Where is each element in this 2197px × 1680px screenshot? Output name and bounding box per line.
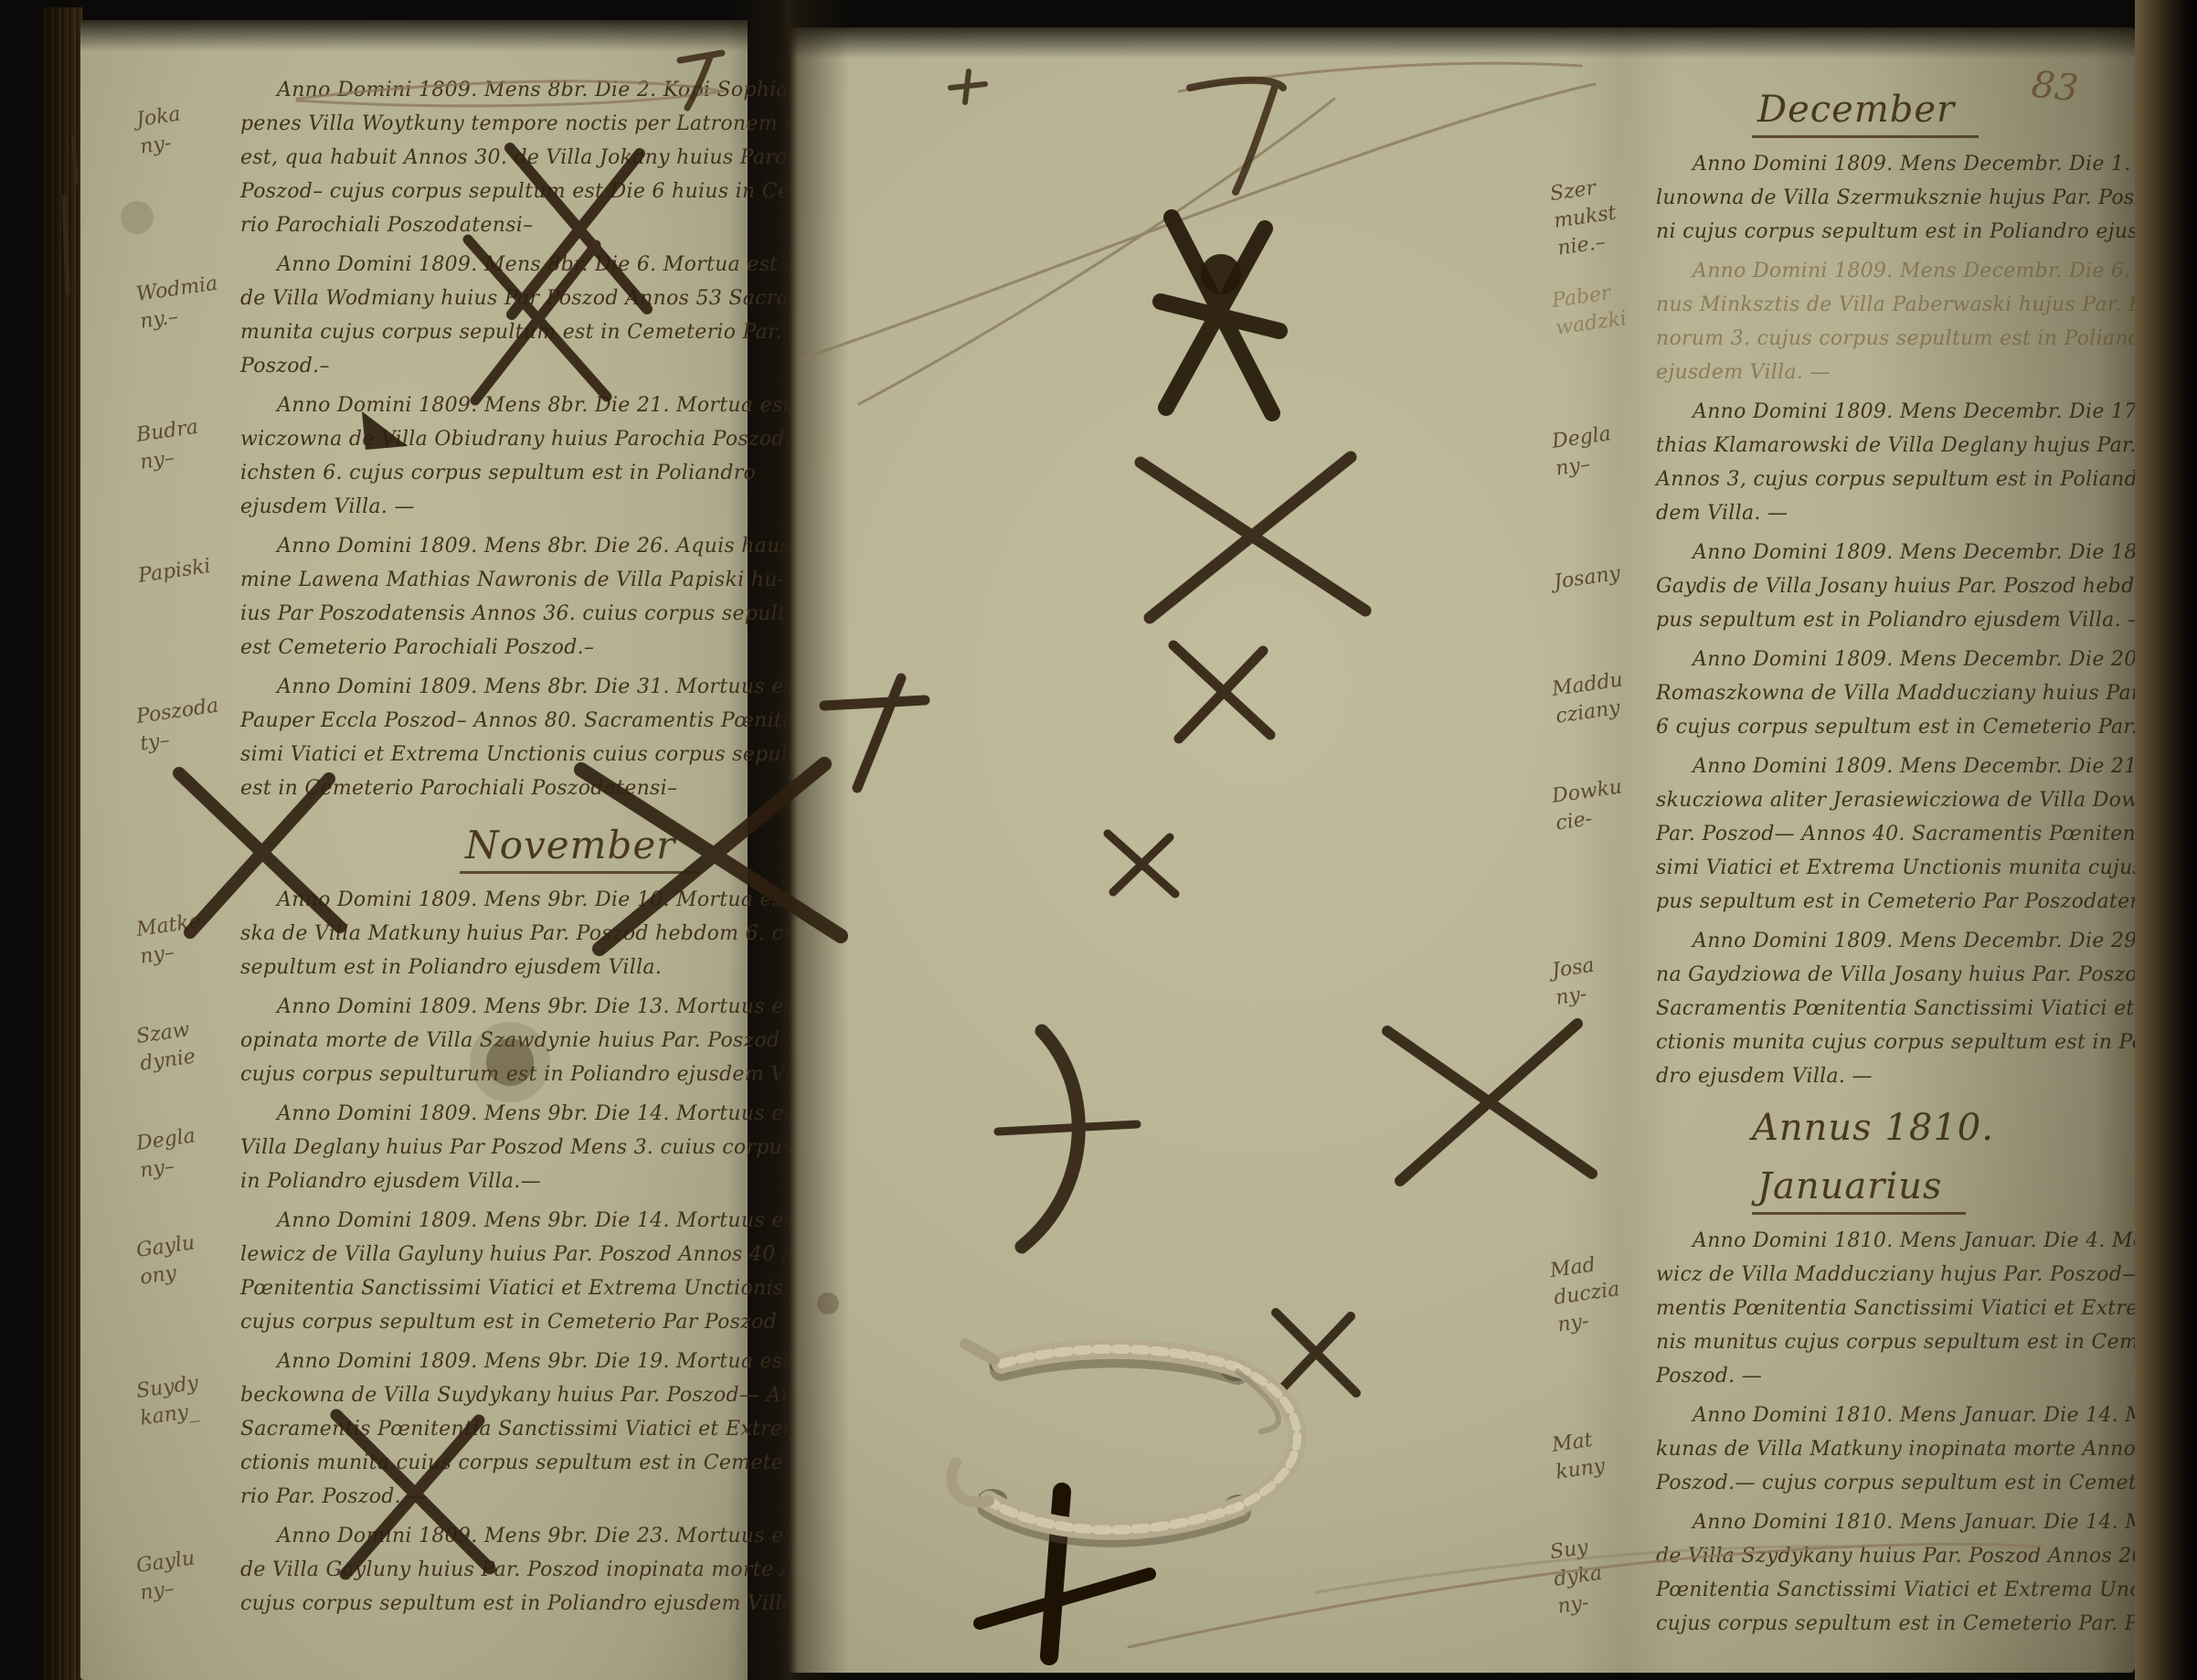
margin-note: Suydykany-	[1548, 1526, 1650, 1621]
entry-line: Anno Domini 1809. Mens Decembr. Die 20. …	[1656, 643, 2197, 676]
page-number: 83	[2030, 63, 2080, 110]
entry-line: nus Minksztis de Villa Paberwaski hujus …	[1656, 288, 2197, 322]
entry-line: Annos 3, cujus corpus sepultum est in Po…	[1656, 463, 2197, 496]
register-entry: Budrany–Anno Domini 1809. Mens 8br. Die …	[240, 388, 825, 524]
entry-line: sepultum est in Poliandro ejusdem Villa.	[240, 951, 825, 984]
register-entry: Dowkucie-Anno Domini 1809. Mens Decembr.…	[1656, 750, 2197, 919]
entry-line: Anno Domini 1809. Mens Decembr. Die 29. …	[1656, 924, 2197, 958]
entry-line: Anno Domini 1809. Mens Decembr. Die 1. M…	[1656, 147, 2197, 181]
register-entry: SzawdynieAnno Domini 1809. Mens 9br. Die…	[240, 990, 825, 1091]
left-page-entries: Jokany-Anno Domini 1809. Mens 8br. Die 2…	[240, 73, 825, 1626]
entry-line: simi Viatici et Extrema Unctionis cuius …	[240, 738, 825, 771]
register-entry: Suydykany_Anno Domini 1809. Mens 9br. Di…	[240, 1345, 825, 1514]
entry-line: Par. Poszod— Annos 40. Sacramentis Pœnit…	[1656, 817, 2197, 851]
entry-line: Poszod– cujus corpus sepultum est Die 6 …	[240, 175, 825, 208]
entry-text: Anno Domini 1809. Mens 8br. Die 26. Aqui…	[240, 529, 825, 665]
entry-line: pus sepultum est in Poliandro ejusdem Vi…	[1656, 603, 2197, 637]
register-entry: Gayluny–Anno Domini 1809. Mens 9br. Die …	[240, 1519, 825, 1621]
entry-line: mine Lawena Mathias Nawronis de Villa Pa…	[240, 563, 825, 597]
entry-line: Anno Domini 1810. Mens Januar. Die 14. M…	[1656, 1505, 2197, 1539]
entry-line: Anno Domini 1809. Mens Decembr. Die 6. M…	[1656, 254, 2197, 288]
margin-note: Jokany-	[134, 94, 232, 161]
entry-line: na Gaydziowa de Villa Josany huius Par. …	[1656, 958, 2197, 992]
entry-line: Romaszkowna de Villa Madducziany huius P…	[1656, 676, 2197, 710]
entry-line: ctionis munita cujus corpus sepultum est…	[1656, 1026, 2197, 1059]
margin-note: Papiski	[136, 550, 230, 590]
entry-line: cujus corpus sepultum est in Poliandro e…	[240, 1587, 825, 1621]
margin-note: Paberwadzki	[1550, 275, 1648, 342]
entry-line: mentis Pœnitentia Sanctissimi Viatici et…	[1656, 1292, 2197, 1325]
register-entry: Madducziany-Anno Domini 1810. Mens Janua…	[1656, 1224, 2197, 1393]
margin-note: Deglany–	[134, 1118, 232, 1185]
entry-line: penes Villa Woytkuny tempore noctis per …	[240, 107, 825, 141]
section-heading: Januarius	[1752, 1163, 1966, 1215]
entry-line: ctionis munita cuius corpus sepultum est…	[240, 1446, 825, 1480]
entry-line: rio Par. Poszod. —	[240, 1480, 825, 1514]
entry-text: Anno Domini 1809. Mens 8br. Die 21. Mort…	[240, 388, 825, 524]
entry-line: de Villa Szydykany huius Par. Poszod Ann…	[1656, 1539, 2197, 1573]
entry-line: Anno Domini 1809. Mens 9br. Die 23. Mort…	[240, 1519, 825, 1553]
right-page-entries: DecemberSzermukstnie.–Anno Domini 1809. …	[1656, 75, 2197, 1646]
entry-line: Anno Domini 1809. Mens 8br. Die 21. Mort…	[240, 388, 825, 422]
margin-note: Gayluny–	[134, 1540, 232, 1607]
entry-line: Anno Domini 1810. Mens Januar. Die 14. M…	[1656, 1398, 2197, 1432]
entry-line: norum 3. cujus corpus sepultum est in Po…	[1656, 322, 2197, 356]
register-entry: Poszodaty–Anno Domini 1809. Mens 8br. Di…	[240, 670, 825, 805]
entry-text: Anno Domini 1809. Mens 9br. Die 13. Mort…	[240, 990, 825, 1091]
entry-text: Anno Domini 1810. Mens Januar. Die 14. M…	[1656, 1398, 2197, 1500]
entry-line: Poszod.— cujus corpus sepultum est in Ce…	[1656, 1466, 2197, 1500]
entry-line: Anno Domini 1809. Mens 9br. Die 19. Mort…	[240, 1345, 825, 1378]
entry-line: de Villa Wodmiany huius Par Poszod Annos…	[240, 282, 825, 315]
entry-text: Anno Domini 1809. Mens Decembr. Die 18. …	[1656, 536, 2197, 637]
entry-line: Anno Domini 1809. Mens Decembr. Die 17. …	[1656, 395, 2197, 429]
left-page: Jokany-Anno Domini 1809. Mens 8br. Die 2…	[80, 20, 748, 1680]
margin-note: Deglany–	[1550, 416, 1648, 483]
section-heading: November	[460, 822, 699, 874]
entry-line: cujus corpus sepultum est in Cemeterio P…	[240, 1305, 825, 1339]
entry-text: Anno Domini 1809. Mens 9br. Die 14. Mort…	[240, 1204, 825, 1339]
margin-note: Madducziany	[1550, 664, 1648, 730]
entry-text: Anno Domini 1809. Mens 9br. Die 23. Mort…	[240, 1519, 825, 1621]
entry-line: Anno Domini 1809. Mens 8br. Die 6. Mortu…	[240, 248, 825, 282]
entry-text: Anno Domini 1809. Mens 9br. Die 19. Mort…	[240, 1345, 825, 1514]
entry-line: opinata morte de Villa Szawdynie huius P…	[240, 1024, 825, 1058]
entry-text: Anno Domini 1809. Mens Decembr. Die 1. M…	[1656, 147, 2197, 249]
entry-line: Pauper Eccla Poszod– Annos 80. Sacrament…	[240, 704, 825, 738]
entry-line: ska de Villa Matkuny huius Par. Poszod h…	[240, 917, 825, 951]
entry-text: Anno Domini 1810. Mens Januar. Die 14. M…	[1656, 1505, 2197, 1641]
entry-line: de Villa Gayluny huius Par. Poszod inopi…	[240, 1553, 825, 1587]
entry-line: Anno Domini 1809. Mens 9br. Die 14. Mort…	[240, 1097, 825, 1131]
section-heading: Annus 1810.	[1752, 1104, 2197, 1152]
section-heading: December	[1752, 86, 1979, 138]
entry-line: Poszod.–	[240, 349, 825, 383]
register-entry: Szermukstnie.–Anno Domini 1809. Mens Dec…	[1656, 147, 2197, 249]
entry-line: ni cujus corpus sepultum est in Poliandr…	[1656, 215, 2197, 249]
register-entry: Josany-Anno Domini 1809. Mens Decembr. D…	[1656, 924, 2197, 1093]
margin-note: Poszodaty–	[134, 691, 232, 758]
register-entry: PaberwadzkiAnno Domini 1809. Mens Decemb…	[1656, 254, 2197, 389]
margin-note: Szermukstnie.–	[1548, 168, 1650, 262]
margin-note: Matkeny–	[134, 904, 232, 971]
entry-text: Anno Domini 1809. Mens Decembr. Die 21. …	[1656, 750, 2197, 919]
entry-line: kunas de Villa Matkuny inopinata morte A…	[1656, 1432, 2197, 1466]
entry-line: Villa Deglany huius Par Poszod Mens 3. c…	[240, 1131, 825, 1164]
entry-line: munita cujus corpus sepultum est in Ceme…	[240, 315, 825, 349]
entry-line: Anno Domini 1810. Mens Januar. Die 4. Mo…	[1656, 1224, 2197, 1258]
entry-text: Anno Domini 1809. Mens 9br. Die 10. Mort…	[240, 883, 825, 984]
register-entry: Wodmiany.–Anno Domini 1809. Mens 8br. Di…	[240, 248, 825, 383]
entry-line: Pœnitentia Sanctissimi Viatici et Extrem…	[240, 1271, 825, 1305]
entry-line: Pœnitentia Sanctissimi Viatici et Extrem…	[1656, 1573, 2197, 1607]
margin-note: Budrany–	[134, 409, 232, 476]
entry-line: lewicz de Villa Gayluny huius Par. Poszo…	[240, 1238, 825, 1271]
entry-line: Anno Domini 1809. Mens Decembr. Die 18. …	[1656, 536, 2197, 569]
entry-text: Anno Domini 1809. Mens 8br. Die 31. Mort…	[240, 670, 825, 805]
entry-line: nis munitus cujus corpus sepultum est in…	[1656, 1325, 2197, 1359]
entry-line: Anno Domini 1809. Mens Decembr. Die 21. …	[1656, 750, 2197, 783]
entry-line: Poszod. —	[1656, 1359, 2197, 1393]
entry-line: Anno Domini 1809. Mens 9br. Die 10. Mort…	[240, 883, 825, 917]
entry-text: Anno Domini 1809. Mens 9br. Die 14. Mort…	[240, 1097, 825, 1198]
entry-line: Anno Domini 1809. Mens 8br. Die 26. Aqui…	[240, 529, 825, 563]
margin-note-line: Papiski	[136, 550, 230, 590]
entry-text: Anno Domini 1809. Mens 8br. Die 6. Mortu…	[240, 248, 825, 383]
entry-text: Anno Domini 1809. Mens Decembr. Die 29. …	[1656, 924, 2197, 1093]
entry-line: Sacramentis Pœnitentia Sanctissimi Viati…	[1656, 992, 2197, 1026]
entry-line: ejusdem Villa. —	[240, 490, 825, 524]
entry-line: Anno Domini 1809. Mens 9br. Die 14. Mort…	[240, 1204, 825, 1238]
entry-line: dro ejusdem Villa. —	[1656, 1059, 2197, 1093]
entry-line: in Poliandro ejusdem Villa.—	[240, 1164, 825, 1198]
margin-note: Madducziany-	[1548, 1245, 1650, 1339]
entry-line: cujus corpus sepultum est in Cemeterio P…	[1656, 1607, 2197, 1641]
entry-line: wiczowna de Villa Obiudrany huius Paroch…	[240, 422, 825, 456]
entry-line: est, qua habuit Annos 30. de Villa Jokan…	[240, 141, 825, 175]
entry-line: Sacramentis Pœnitentia Sanctissimi Viati…	[240, 1412, 825, 1446]
margin-note: Dowkucie-	[1550, 771, 1648, 837]
register-entry: GayluonyAnno Domini 1809. Mens 9br. Die …	[240, 1204, 825, 1339]
entry-text: Anno Domini 1809. Mens 8br. Die 2. Kopi …	[240, 73, 825, 242]
entry-line: Anno Domini 1809. Mens 8br. Die 31. Mort…	[240, 670, 825, 704]
entry-line: cujus corpus sepulturum est in Poliandro…	[240, 1058, 825, 1091]
right-page: 83 DecemberSzermukstnie.–Anno Domini 180…	[788, 27, 2135, 1673]
margin-note-line: Josany	[1552, 557, 1646, 597]
entry-line: est in Cemeterio Parochiali Poszodatensi…	[240, 771, 825, 805]
entry-line: dem Villa. —	[1656, 496, 2197, 530]
entry-line: ejusdem Villa. —	[1656, 356, 2197, 389]
register-entry: PapiskiAnno Domini 1809. Mens 8br. Die 2…	[240, 529, 825, 665]
register-entry: Suydykany-Anno Domini 1810. Mens Januar.…	[1656, 1505, 2197, 1641]
entry-line: lunowna de Villa Szermuksznie hujus Par.…	[1656, 181, 2197, 215]
register-entry: MadduczianyAnno Domini 1809. Mens Decemb…	[1656, 643, 2197, 744]
entry-line: Gaydis de Villa Josany huius Par. Poszod…	[1656, 569, 2197, 603]
margin-note: Matkuny	[1550, 1419, 1648, 1486]
register-entry: Deglany–Anno Domini 1809. Mens Decembr. …	[1656, 395, 2197, 530]
entry-line: beckowna de Villa Suydykany huius Par. P…	[240, 1378, 825, 1412]
entry-line: ichsten 6. cujus corpus sepultum est in …	[240, 456, 825, 490]
margin-note: Suydykany_	[134, 1366, 232, 1432]
register-entry: MatkunyAnno Domini 1810. Mens Januar. Di…	[1656, 1398, 2197, 1500]
margin-note: Josany	[1552, 557, 1646, 597]
entry-text: Anno Domini 1809. Mens Decembr. Die 6. M…	[1656, 254, 2197, 389]
register-entry: Matkeny–Anno Domini 1809. Mens 9br. Die …	[240, 883, 825, 984]
register-entry: JosanyAnno Domini 1809. Mens Decembr. Di…	[1656, 536, 2197, 637]
register-entry: Jokany-Anno Domini 1809. Mens 8br. Die 2…	[240, 73, 825, 242]
entry-line: ius Par Poszodatensis Annos 36. cuius co…	[240, 597, 825, 631]
entry-line: rio Parochiali Poszodatensi–	[240, 208, 825, 242]
entry-line: skucziowa aliter Jerasiewicziowa de Vill…	[1656, 783, 2197, 817]
entry-text: Anno Domini 1810. Mens Januar. Die 4. Mo…	[1656, 1224, 2197, 1393]
entry-text: Anno Domini 1809. Mens Decembr. Die 17. …	[1656, 395, 2197, 530]
entry-line: pus sepultum est in Cemeterio Par Poszod…	[1656, 885, 2197, 919]
margin-note: Josany-	[1550, 945, 1648, 1012]
entry-line: Anno Domini 1809. Mens 8br. Die 2. Kopi …	[240, 73, 825, 107]
right-cover-edge	[2135, 0, 2197, 1680]
margin-note: Wodmiany.–	[134, 269, 232, 335]
register-entry: Deglany–Anno Domini 1809. Mens 9br. Die …	[240, 1097, 825, 1198]
entry-line: wicz de Villa Madducziany hujus Par. Pos…	[1656, 1258, 2197, 1292]
margin-note: Gayluony	[134, 1225, 232, 1292]
entry-line: thias Klamarowski de Villa Deglany hujus…	[1656, 429, 2197, 463]
entry-line: est Cemeterio Parochiali Poszod.–	[240, 631, 825, 665]
entry-line: Anno Domini 1809. Mens 9br. Die 13. Mort…	[240, 990, 825, 1024]
margin-note: Szawdynie	[134, 1011, 232, 1078]
entry-line: 6 cujus corpus sepultum est in Cemeterio…	[1656, 710, 2197, 744]
left-page-edge-stack	[42, 7, 82, 1680]
entry-text: Anno Domini 1809. Mens Decembr. Die 20. …	[1656, 643, 2197, 744]
entry-line: simi Viatici et Extrema Unctionis munita…	[1656, 851, 2197, 885]
